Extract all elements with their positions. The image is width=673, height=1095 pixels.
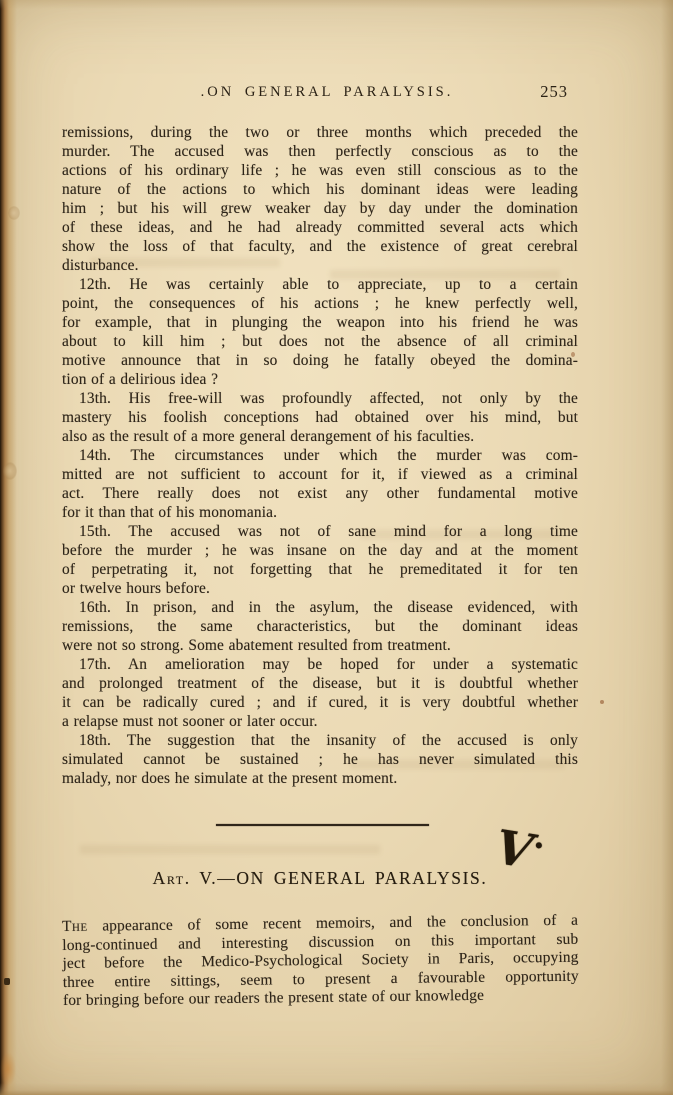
text-line: mitted are not sufficient to account for… bbox=[62, 465, 578, 484]
text-line: remissions, the same characteristics, bu… bbox=[62, 617, 578, 636]
section-divider-rule bbox=[216, 824, 429, 826]
text-line: before the murder ; he was insane on the… bbox=[62, 541, 578, 560]
text-line: mastery his foolish conceptions had obta… bbox=[62, 408, 578, 427]
page-edge-bottom bbox=[0, 1083, 673, 1095]
text-line: 14th. The circumstances under which the … bbox=[62, 446, 578, 465]
text-line: for it than that of his monomania. bbox=[62, 503, 578, 522]
text-line: tion of a delirious idea ? bbox=[62, 370, 578, 389]
handwritten-ink-dot bbox=[535, 842, 542, 849]
paragraph: The appearance of some recent memoirs, a… bbox=[62, 912, 579, 1011]
text-line: malady, nor does he simulate at the pres… bbox=[62, 769, 578, 788]
text-line: 13th. His free-will was profoundly affec… bbox=[62, 389, 578, 408]
paper-speck bbox=[600, 700, 604, 704]
paragraph: 18th. The suggestion that the insanity o… bbox=[62, 731, 578, 788]
text-line: remissions, during the two or three mont… bbox=[62, 123, 578, 142]
lead-small-caps-word: The bbox=[62, 918, 88, 935]
handwritten-v-glyph: V bbox=[492, 820, 537, 880]
paragraph: 14th. The circumstances under which the … bbox=[62, 446, 578, 522]
paragraph: 16th. In prison, and in the asylum, the … bbox=[62, 598, 578, 655]
text-line: and prolonged treatment of the disease, … bbox=[62, 674, 578, 693]
text-line: 16th. In prison, and in the asylum, the … bbox=[62, 598, 578, 617]
text-line: motive announce that in so doing he fata… bbox=[62, 351, 578, 370]
paragraph: 12th. He was certainly able to appreciat… bbox=[62, 275, 578, 389]
text-line: 15th. The accused was not of sane mind f… bbox=[62, 522, 578, 541]
paragraph: remissions, during the two or three mont… bbox=[62, 123, 578, 275]
text-line: actions of his ordinary life ; he was ev… bbox=[62, 161, 578, 180]
text-line: were not so strong. Some abatement resul… bbox=[62, 636, 578, 655]
text-line: it can be radically cured ; and if cured… bbox=[62, 693, 578, 712]
text-line: of perpetrating it, not forgetting that … bbox=[62, 560, 578, 579]
text-line: point, the consequences of his actions ;… bbox=[62, 294, 578, 313]
text-line: 12th. He was certainly able to appreciat… bbox=[62, 275, 578, 294]
book-page: .ON GENERAL PARALYSIS. 253 remissions, d… bbox=[0, 0, 673, 1095]
text-line: of these ideas, and he had already commi… bbox=[62, 218, 578, 237]
running-header: .ON GENERAL PARALYSIS. bbox=[62, 84, 578, 101]
paragraph: 15th. The accused was not of sane mind f… bbox=[62, 522, 578, 598]
text-line: nature of the actions to which his domin… bbox=[62, 180, 578, 199]
running-header-row: .ON GENERAL PARALYSIS. 253 bbox=[62, 84, 578, 104]
page-number: 253 bbox=[540, 82, 568, 102]
body-paragraphs: remissions, during the two or three mont… bbox=[62, 123, 578, 788]
page-edge-left-binding bbox=[0, 0, 17, 1095]
text-line: for example, that in plunging the weapon… bbox=[62, 313, 578, 332]
text-line: disturbance. bbox=[62, 256, 578, 275]
text-line: 17th. An amelioration may be hoped for u… bbox=[62, 655, 578, 674]
page-edge-right bbox=[661, 0, 673, 1095]
article-paragraphs: The appearance of some recent memoirs, a… bbox=[62, 912, 579, 1011]
text-line: simulated cannot be sustained ; he has n… bbox=[62, 750, 578, 769]
text-line: act. There really does not exist any oth… bbox=[62, 484, 578, 503]
text-line: him ; but his will grew weaker day by da… bbox=[62, 199, 578, 218]
text-line: or twelve hours before. bbox=[62, 579, 578, 598]
paragraph: 17th. An amelioration may be hoped for u… bbox=[62, 655, 578, 731]
text-line: 18th. The suggestion that the insanity o… bbox=[62, 731, 578, 750]
text-line: a relapse must not sooner or later occur… bbox=[62, 712, 578, 731]
text-line: also as the result of a more general der… bbox=[62, 427, 578, 446]
text-line: murder. The accused was then perfectly c… bbox=[62, 142, 578, 161]
handwritten-v-annotation: V bbox=[490, 820, 555, 892]
text-line: about to kill him ; but does not the abs… bbox=[62, 332, 578, 351]
text-line: show the loss of that faculty, and the e… bbox=[62, 237, 578, 256]
page-edge-top bbox=[0, 0, 673, 9]
paragraph: 13th. His free-will was profoundly affec… bbox=[62, 389, 578, 446]
